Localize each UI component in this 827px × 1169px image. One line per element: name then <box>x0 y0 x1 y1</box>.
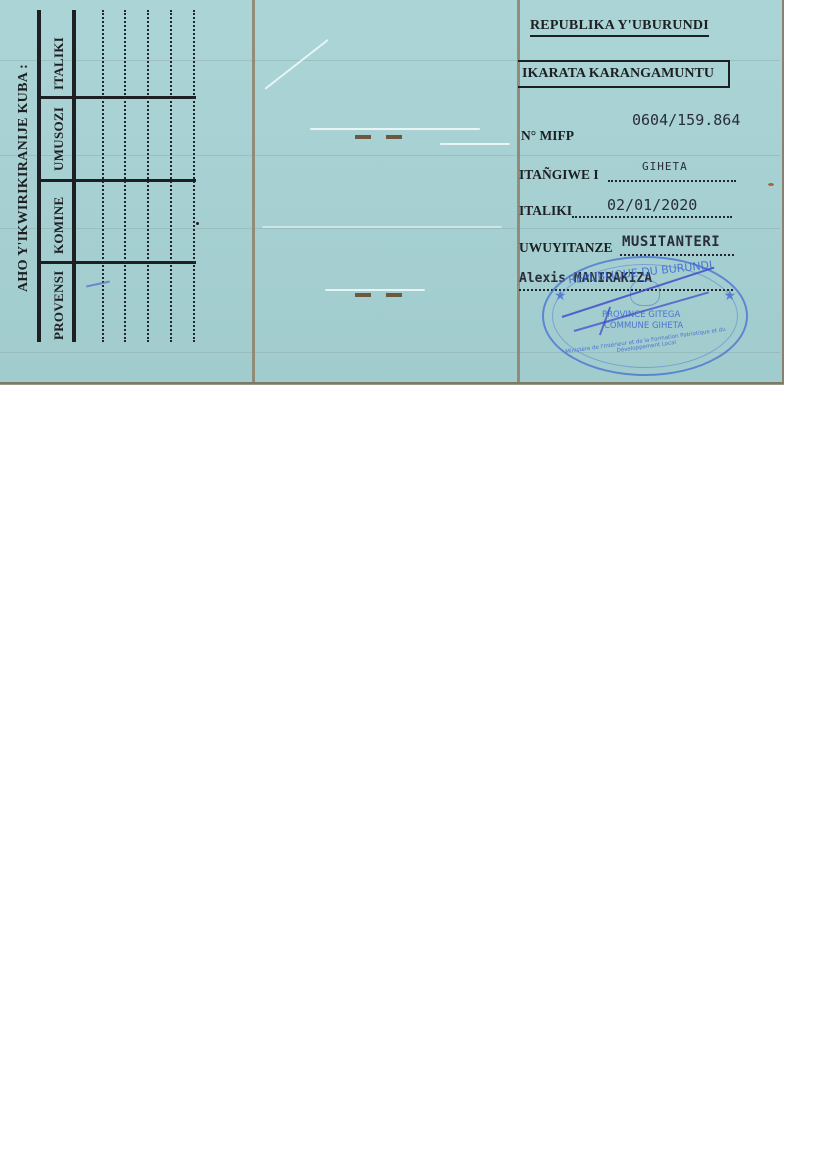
column-umusozi: UMUSOZI <box>51 107 67 171</box>
country-title: REPUBLIKA Y'UBURUNDI <box>530 18 709 37</box>
table-border <box>37 10 41 342</box>
crease-mark <box>262 226 502 228</box>
pen-mark <box>86 281 110 288</box>
table-border <box>72 10 76 342</box>
date-label: ITALIKI <box>519 203 572 219</box>
staple-hole <box>355 135 371 139</box>
residence-heading: AHO Y'IKWIRIKIRANIJE KUBA : <box>16 64 32 292</box>
guide-line <box>0 228 780 229</box>
entry-line <box>147 10 149 342</box>
entry-line <box>102 10 104 342</box>
staple-hole <box>386 135 402 139</box>
ink-dot <box>196 222 199 225</box>
mifp-label: N° MIFP <box>521 128 574 144</box>
star-icon: ★ <box>723 288 736 305</box>
issuer-value: MUSITANTERI <box>622 234 720 250</box>
entry-line <box>193 10 195 342</box>
entry-line <box>124 10 126 342</box>
guide-line <box>0 155 780 156</box>
entry-line <box>170 10 172 342</box>
mifp-number: 0604/159.864 <box>632 111 740 129</box>
table-divider <box>38 261 196 264</box>
issued-at-value: GIHETA <box>642 160 688 173</box>
column-italiki: ITALIKI <box>51 37 67 90</box>
staple-hole <box>355 293 371 297</box>
stamp-commune: COMMUNE GIHETA <box>604 321 683 331</box>
card-title: IKARATA KARANGAMUNTU <box>518 60 730 88</box>
official-stamp: REPUBLIQUE DU BURUNDI ★ ★ PROVINCE GITEG… <box>542 256 748 376</box>
crease-mark <box>440 143 510 145</box>
id-card: AHO Y'IKWIRIKIRANIJE KUBA : PROVENSI KOM… <box>0 0 784 384</box>
crease-mark <box>325 289 425 291</box>
date-line <box>572 216 732 218</box>
issuer-label: UWUYITANZE <box>519 240 613 256</box>
table-divider <box>38 96 196 99</box>
issued-at-label: ITAÑGIWE I <box>519 167 599 183</box>
table-divider <box>38 179 196 182</box>
crease-mark <box>310 128 480 130</box>
column-provensi: PROVENSI <box>51 270 67 340</box>
star-icon: ★ <box>554 288 567 305</box>
crease-mark <box>264 39 328 90</box>
issued-at-line <box>608 180 736 182</box>
staple-hole <box>386 293 402 297</box>
stain <box>768 183 774 186</box>
date-value: 02/01/2020 <box>607 196 697 214</box>
fold-line-left <box>252 0 255 382</box>
column-komine: KOMINE <box>51 197 67 254</box>
fold-line-right <box>517 0 520 382</box>
